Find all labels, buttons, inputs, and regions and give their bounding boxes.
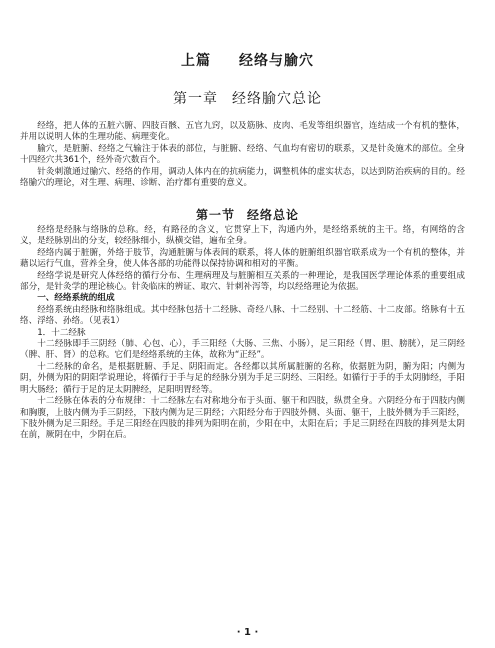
paragraph: 经络学说是研究人体经络的循行分布、生理病理及与脏腑相互关系的一种理论，是我国医学… — [20, 271, 465, 294]
section-body: 经络是经脉与络脉的总称。经，有路径的含义，它贯穿上下，沟通内外，是经络系统的主干… — [20, 225, 465, 442]
paragraph: 针灸刺激通过腧穴、经络的作用，调动人体内在的抗病能力，调整机体的虚实状态，以达到… — [20, 167, 465, 190]
chapter-title-text: 经络腧穴总论 — [232, 91, 322, 107]
paragraph: 腧穴，是脏腑、经络之气输注于体表的部位，与脏腑、经络、气血均有密切的联系，又是针… — [20, 144, 465, 167]
paragraph: 经络是经脉与络脉的总称。经，有路径的含义，它贯穿上下，沟通内外，是经络系统的主干… — [20, 225, 465, 248]
paragraph: 经络系统由经脉和络脉组成。其中经脉包括十二经脉、奇经八脉、十二经别、十二经筋、十… — [20, 305, 465, 328]
chapter-label: 第一章 — [173, 91, 218, 107]
page-number: · 1 · — [0, 627, 495, 638]
subsection-heading: 一、经络系统的组成 — [20, 293, 465, 304]
part-title-text: 经络与腧穴 — [239, 53, 314, 69]
paragraph: 经络，把人体的五脏六腑、四肢百骸、五官九窍，以及筋脉、皮肉、毛发等组织器官，连结… — [20, 121, 465, 144]
part-label: 上篇 — [181, 53, 211, 69]
section-title-text: 经络总论 — [247, 208, 299, 222]
paragraph: 十二经脉在体表的分布规律：十二经脉左右对称地分布于头面、躯干和四肢，纵贯全身。六… — [20, 396, 465, 442]
paragraph: 十二经脉的命名，是根据脏腑、手足、阴阳而定。各经都以其所属脏腑的名称，依据脏为阴… — [20, 362, 465, 396]
section-title: 第一节经络总论 — [0, 206, 495, 223]
chapter-intro: 经络，把人体的五脏六腑、四肢百骸、五官九窍，以及筋脉、皮肉、毛发等组织器官，连结… — [20, 121, 465, 189]
part-title: 上篇经络与腧穴 — [0, 50, 495, 70]
paragraph: 经络内属于脏腑，外络于肢节，沟通脏腑与体表间的联系，将人体的脏腑组织器官联系成为… — [20, 248, 465, 271]
paragraph: 十二经脉即手三阴经（肺、心包、心），手三阳经（大肠、三焦、小肠），足三阳经（胃、… — [20, 339, 465, 362]
section-label: 第一节 — [196, 208, 235, 222]
item-heading: 1．十二经脉 — [20, 328, 465, 339]
chapter-title: 第一章经络腧穴总论 — [0, 88, 495, 108]
